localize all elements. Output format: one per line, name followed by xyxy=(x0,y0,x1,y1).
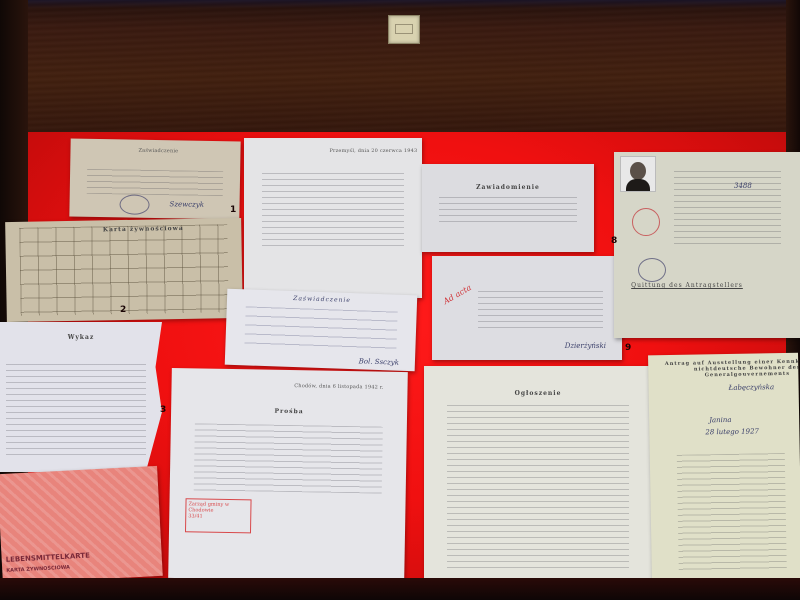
case-bottom-edge xyxy=(0,578,800,600)
document-certificate-aged: Zaświadczenie Szewczyk xyxy=(69,139,240,220)
document-id-application: 3488 Quittung des Antragstellers xyxy=(614,152,800,338)
marker-8: 8 xyxy=(611,236,617,246)
red-round-stamp xyxy=(632,208,660,236)
document-prosba-letter: Chodów, dnia 6 listopada 1942 r. Prośba … xyxy=(168,368,408,582)
document-inventory-list: Wykaz xyxy=(0,322,162,472)
brass-plaque xyxy=(388,15,420,44)
document-kennkarte-application: Antrag auf Ausstellung einer Kennkarte f… xyxy=(648,353,800,584)
red-rectangular-stamp: Zarząd gminy w Chodowie 33/41 xyxy=(185,498,252,533)
document-handwritten-note: Zaświadczenie Bol. Ssczyk xyxy=(225,289,418,372)
round-stamp xyxy=(638,258,666,282)
portrait-photo xyxy=(620,156,656,192)
marker-3: 3 xyxy=(160,405,166,415)
document-lebensmittelkarte: LEBENSMITTELKARTE KARTA ŻYWNOŚCIOWA xyxy=(0,466,163,584)
document-letter-red-annotation: Ad acta Dzierżyński xyxy=(432,256,622,360)
marker-9: 9 xyxy=(625,343,631,353)
marker-2: 2 xyxy=(120,305,126,315)
document-official-letter: Zawiadomienie xyxy=(422,164,594,252)
document-ogloszenie: Ogłoszenie xyxy=(424,366,652,580)
document-typed-letter: Przemyśl, dnia 20 czerwca 1943 xyxy=(244,138,422,298)
round-stamp xyxy=(119,194,149,215)
marker-1: 1 xyxy=(230,205,236,215)
